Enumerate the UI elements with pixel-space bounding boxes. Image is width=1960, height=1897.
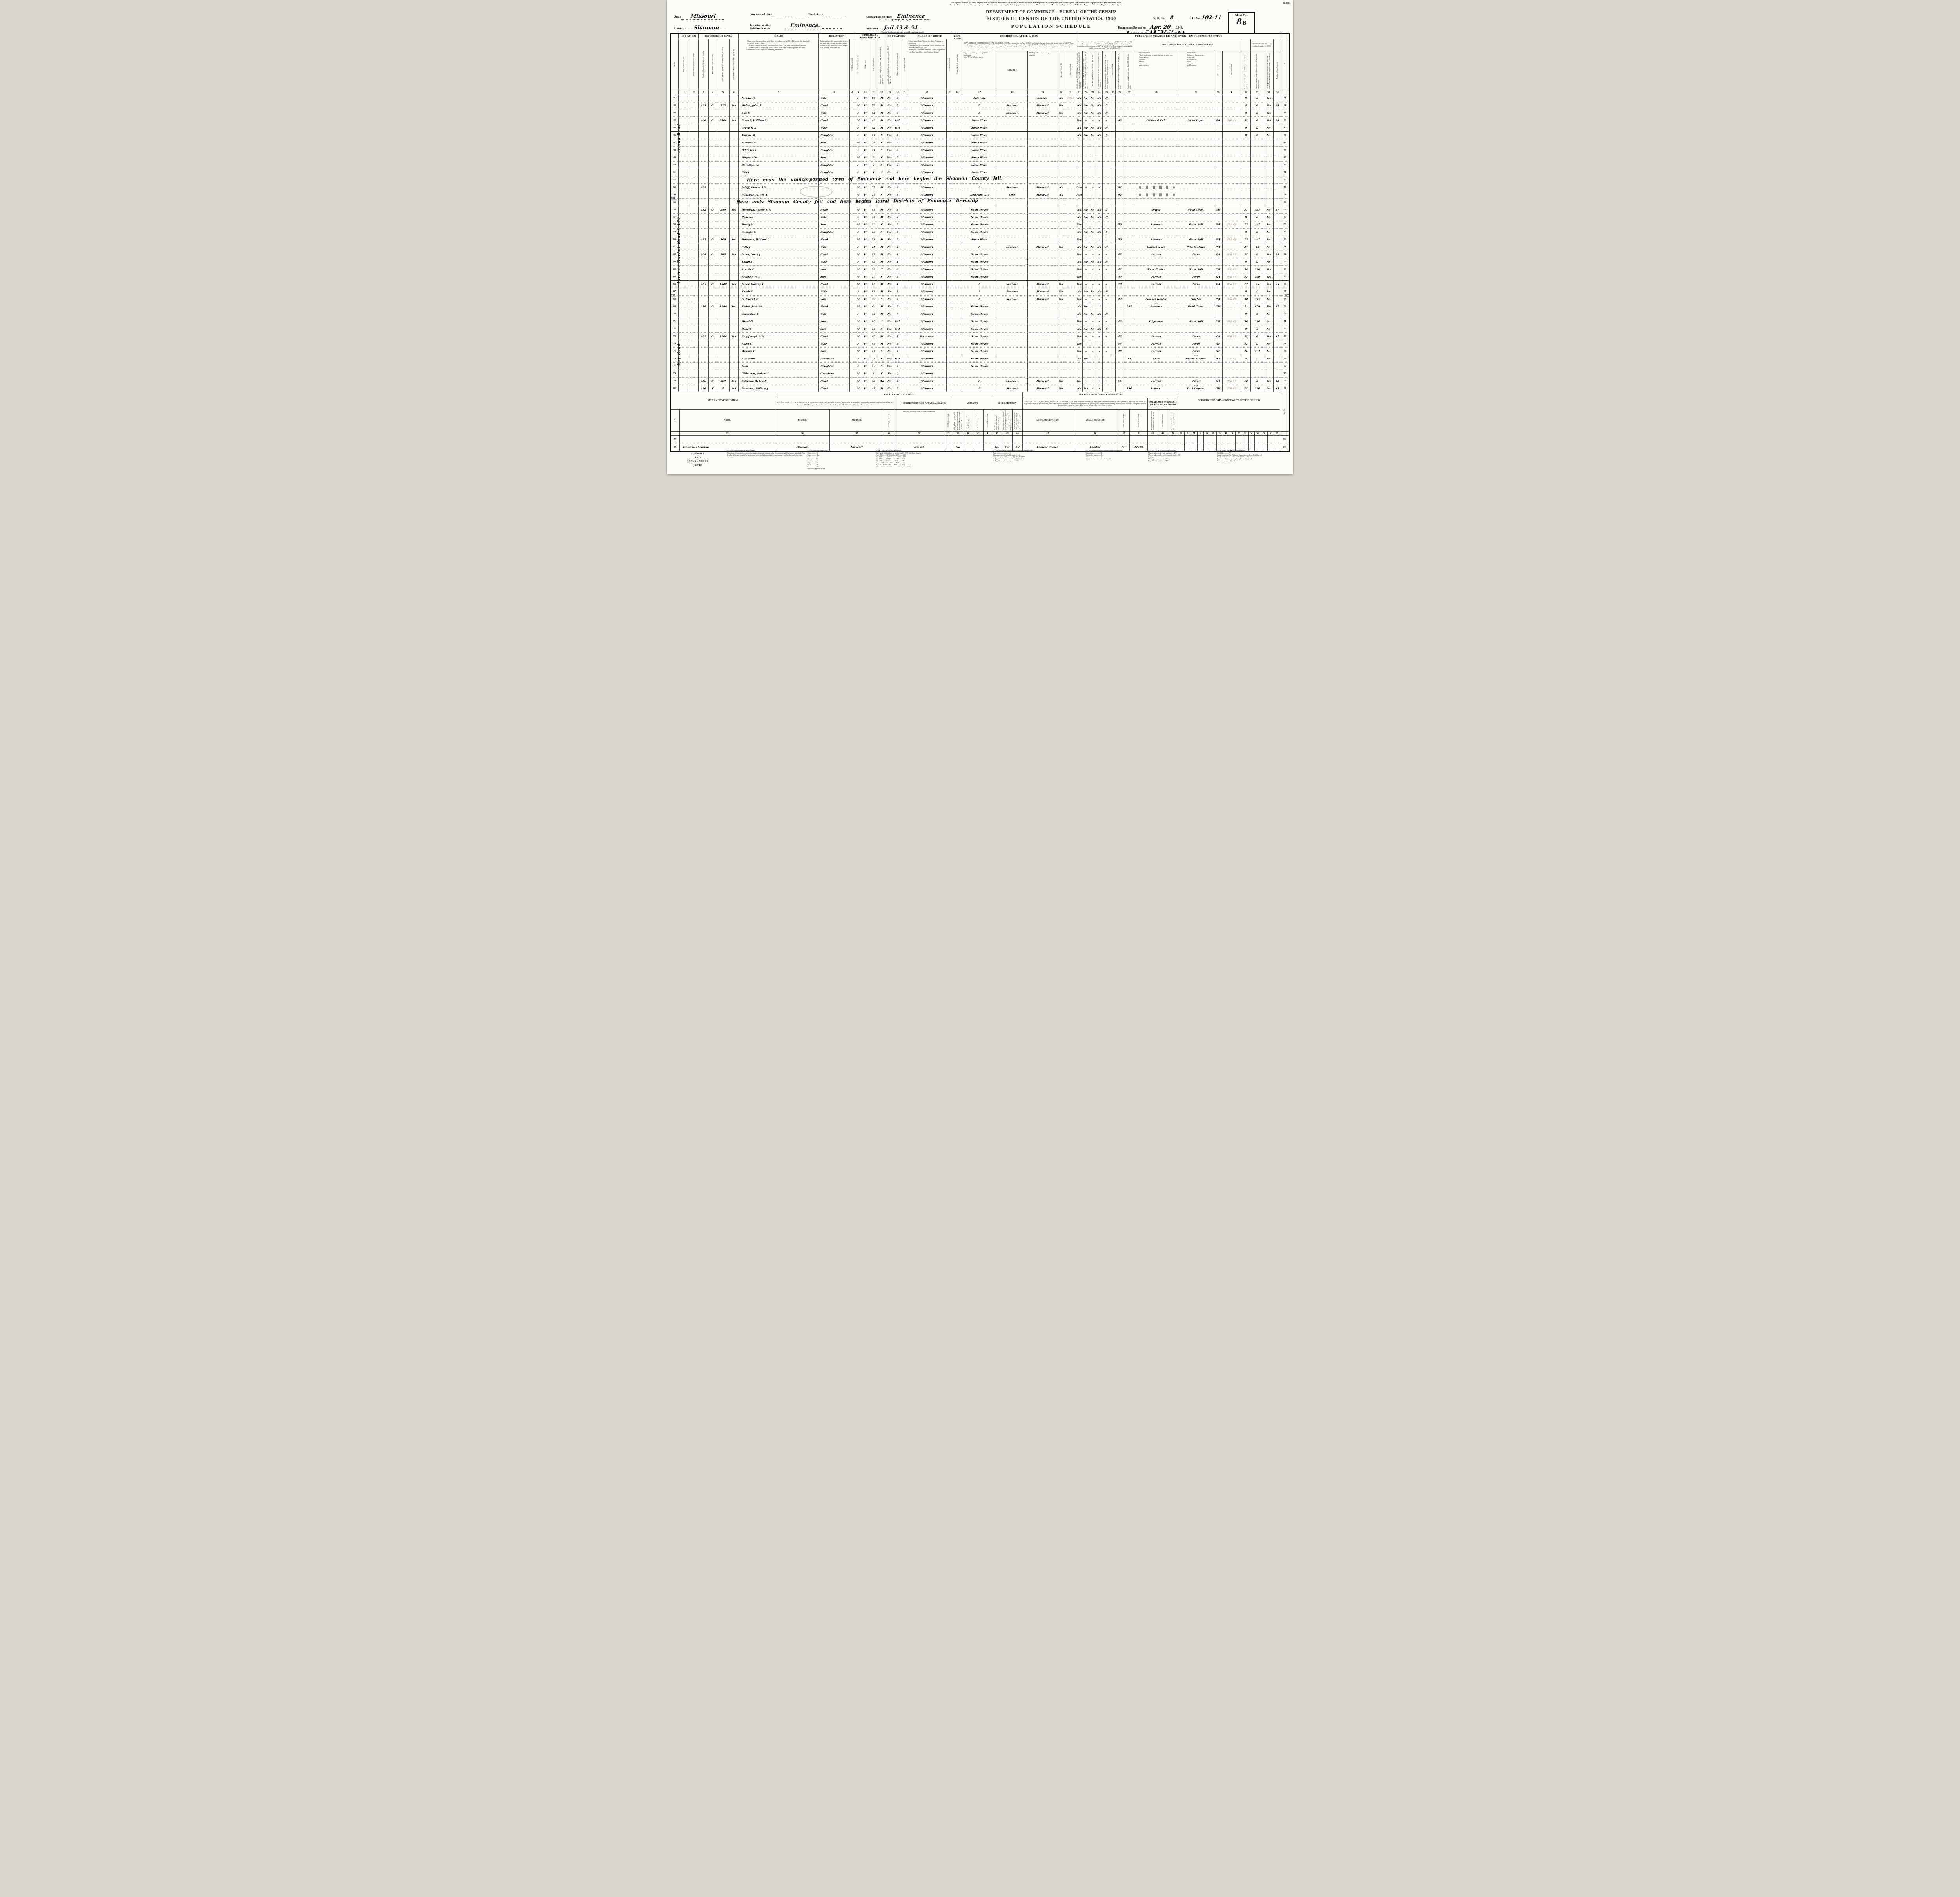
county-value: Shannon xyxy=(684,25,728,31)
cell-60-race: W xyxy=(862,236,869,243)
cell-56-c22: No xyxy=(1083,206,1089,214)
sup-column-number-21: K xyxy=(1178,432,1185,436)
cell-54-cF xyxy=(1223,191,1241,199)
cell-59-cF xyxy=(1223,229,1241,236)
sup-cell-55-Y xyxy=(1268,436,1274,443)
state-field: State Missouri xyxy=(674,13,725,20)
cell-64-c26: 42 xyxy=(1116,266,1124,273)
cell-65-c23: – xyxy=(1089,273,1096,281)
cell-76-grd: H-2 xyxy=(893,355,902,363)
cell-67-c22: No xyxy=(1083,288,1089,296)
cell-68-name: G. Thornton xyxy=(739,296,819,303)
cell-69-c22: Yes xyxy=(1083,303,1089,310)
cell-44-lineR: 44 xyxy=(1281,117,1289,124)
cell-62-val: 500 xyxy=(717,251,730,258)
cell-63-cB xyxy=(902,258,907,266)
cell-42-hno xyxy=(690,102,699,109)
main-header-cell-12: Age at last birthday xyxy=(869,39,878,90)
cell-62-name: Jones, Noah J. xyxy=(739,251,819,258)
cell-51-grd: 0 xyxy=(893,169,902,176)
cell-53-c34 xyxy=(1274,184,1281,191)
cell-58-c22: – xyxy=(1083,221,1089,229)
cell-41-c34 xyxy=(1274,94,1281,102)
cell-43-mar: M xyxy=(878,109,886,117)
cell-52-c24 xyxy=(1096,176,1103,184)
cell-72-own xyxy=(709,325,717,333)
cell-56-cty xyxy=(997,206,1028,214)
cell-65-c33: Yes xyxy=(1264,273,1274,281)
sup-header-cell-8: MOTHER TONGUE (OR NATIVE LANGUAGE) xyxy=(894,398,953,410)
cell-47-c34 xyxy=(1274,139,1281,147)
cell-42-c34: 35 xyxy=(1274,102,1281,109)
cell-47-age: 13 xyxy=(869,139,878,147)
cell-48-f35 xyxy=(1057,147,1065,154)
cell-76-city: Same House xyxy=(962,355,997,363)
cell-60-val: 100 xyxy=(717,236,730,243)
main-header-cell-23: STATE (or Territory or foreign country) xyxy=(1028,51,1057,90)
cell-61-occ: Housekeeper xyxy=(1134,243,1179,251)
cell-44-sch: No xyxy=(886,117,893,124)
cell-67-cit xyxy=(953,288,962,296)
cell-62-hno xyxy=(690,251,699,258)
sup-column-number-29: S xyxy=(1229,432,1236,436)
cell-70-c32: 0 xyxy=(1251,310,1264,318)
cell-41-name: Nannie P. xyxy=(739,94,819,102)
cell-72-ind xyxy=(1178,325,1214,333)
cell-54-age: 26 xyxy=(869,191,878,199)
cell-67-occ xyxy=(1134,288,1179,296)
cell-79-c22: – xyxy=(1083,378,1089,385)
cell-49-c24 xyxy=(1096,154,1103,162)
cell-54-sta: Missouri xyxy=(1028,191,1057,199)
archival-oval-stamp xyxy=(800,186,833,198)
column-group-11 xyxy=(1281,34,1289,39)
sup-cell-55-P xyxy=(1210,436,1216,443)
cell-74-f35 xyxy=(1057,340,1065,348)
cell-51-cls xyxy=(1214,169,1223,176)
cell-54-c33 xyxy=(1264,191,1274,199)
cell-65-city: Same House xyxy=(962,273,997,281)
cell-62-own: O xyxy=(709,251,717,258)
cell-42-mar: M xyxy=(878,102,886,109)
cell-74-c24: – xyxy=(1096,340,1103,348)
sup-header-cell-3: FOR PERSONS OF ALL AGES xyxy=(775,392,1023,398)
column-number-33: 28 xyxy=(1134,90,1179,94)
column-number-5: 5 xyxy=(717,90,730,94)
main-header-cell-20: IN WHAT PLACE DID THIS PERSON LIVE ON AP… xyxy=(962,39,1076,51)
cell-47-cC xyxy=(947,139,953,147)
column-number-23: 20 xyxy=(1057,90,1065,94)
cell-64-ind: Stave Mill xyxy=(1178,266,1214,273)
cell-42-lineR: 42 xyxy=(1281,102,1289,109)
cell-67-sta: Missouri xyxy=(1028,288,1057,296)
cell-45-cty xyxy=(997,124,1028,132)
cell-51-c31 xyxy=(1241,169,1251,176)
cell-77-cA xyxy=(850,363,855,370)
cell-78-c21 xyxy=(1076,370,1083,378)
cell-70-race: W xyxy=(862,310,869,318)
cell-61-f35: Yes xyxy=(1057,243,1065,251)
cell-73-sch: No xyxy=(886,333,893,340)
cell-46-lineR: 46 xyxy=(1281,132,1289,139)
cell-51-farm xyxy=(730,169,739,176)
cell-68-city: R xyxy=(962,296,997,303)
cell-76-age: 16 xyxy=(869,355,878,363)
cell-74-age: 50 xyxy=(869,340,878,348)
cell-60-cB xyxy=(902,236,907,243)
column-group-2: HOUSEHOLD DATA xyxy=(699,34,739,39)
sup-column-number-13: 44 xyxy=(1013,432,1023,436)
cell-79-own: O xyxy=(709,378,717,385)
cell-57-cC xyxy=(947,214,953,221)
column-number-34: 29 xyxy=(1178,90,1214,94)
cell-77-pob: Missouri xyxy=(907,363,947,370)
cell-55-hno xyxy=(690,199,699,206)
cell-59-occ xyxy=(1134,229,1179,236)
cell-43-val xyxy=(717,109,730,117)
cell-73-cE xyxy=(1111,333,1116,340)
column-number-22: 19 xyxy=(1028,90,1057,94)
sd-field: S. D. No. 8 xyxy=(1153,15,1178,21)
cell-49-cE xyxy=(1111,154,1116,162)
sheet-letter: B xyxy=(1243,20,1246,26)
cell-46-pob: Missouri xyxy=(907,132,947,139)
cell-65-age: 27 xyxy=(869,273,878,281)
cell-57-pob: Missouri xyxy=(907,214,947,221)
cell-52-st xyxy=(679,176,690,184)
cell-47-c27 xyxy=(1124,139,1134,147)
cell-72-sch: Yes xyxy=(886,325,893,333)
main-header-cell-28: If not, was he at work on, or assigned t… xyxy=(1083,51,1089,90)
note-col5: Col. 5. VALUE OF HOME, IF OWNED: Where o… xyxy=(727,450,806,473)
cell-61-farm xyxy=(730,243,739,251)
cell-68-cit xyxy=(953,296,962,303)
cell-46-race: W xyxy=(862,132,869,139)
cell-76-c25 xyxy=(1103,355,1111,363)
cell-73-lineR: 73 xyxy=(1281,333,1289,340)
cell-77-cE xyxy=(1111,363,1116,370)
cell-79-cC xyxy=(947,378,953,385)
cell-43-c21: No xyxy=(1076,109,1083,117)
cell-47-val xyxy=(717,139,730,147)
cell-77-c22 xyxy=(1083,363,1089,370)
cell-75-c21: Yes xyxy=(1076,348,1083,355)
cell-70-c27 xyxy=(1124,310,1134,318)
cell-77-cD xyxy=(1065,363,1076,370)
cell-60-occ: Laborer xyxy=(1134,236,1179,243)
cell-53-c27 xyxy=(1124,184,1134,191)
cell-69-hh: 186 xyxy=(699,303,709,310)
cell-66-c34: 39 xyxy=(1274,281,1281,288)
cell-41-pob: Missouri xyxy=(907,94,947,102)
cell-42-val: 775 xyxy=(717,102,730,109)
sup-cell-55-lineL: 55 xyxy=(671,436,680,443)
cell-65-hh xyxy=(699,273,709,281)
cell-62-c25: – xyxy=(1103,251,1111,258)
cell-51-c26 xyxy=(1116,169,1124,176)
sup-column-number-24: N xyxy=(1198,432,1204,436)
cell-78-cls xyxy=(1214,370,1223,378)
cell-73-c26: 48 xyxy=(1116,333,1124,340)
cell-58-c26: 30 xyxy=(1116,221,1124,229)
cell-57-cD xyxy=(1065,214,1076,221)
cell-56-c24: No xyxy=(1096,206,1103,214)
cell-70-cty xyxy=(997,310,1028,318)
cell-58-mar: S xyxy=(878,221,886,229)
main-header-cell-34: Duration of unemployment up to March 30,… xyxy=(1124,51,1134,90)
cell-48-age: 11 xyxy=(869,147,878,154)
sup-column-number-4: G xyxy=(884,432,894,436)
cell-77-rel: Daughter xyxy=(819,363,850,370)
cell-48-c25 xyxy=(1103,147,1111,154)
cell-46-age: 14 xyxy=(869,132,878,139)
sup-column-number-10: I xyxy=(984,432,992,436)
cell-65-name: Franklin W X xyxy=(739,273,819,281)
cell-60-f35 xyxy=(1057,236,1065,243)
cell-51-cD xyxy=(1065,169,1076,176)
cell-48-hh xyxy=(699,147,709,154)
cell-78-hno xyxy=(690,370,699,378)
cell-59-hno xyxy=(690,229,699,236)
cell-46-c23: No xyxy=(1089,132,1096,139)
cell-62-c21: Yes xyxy=(1076,251,1083,258)
cell-79-cA xyxy=(850,378,855,385)
cell-50-hno xyxy=(690,162,699,169)
cell-77-sta xyxy=(1028,363,1057,370)
cell-71-c33: No xyxy=(1264,318,1274,325)
cell-62-sex: M xyxy=(855,251,862,258)
cell-48-c32 xyxy=(1251,147,1264,154)
cell-48-name: Billie Jean xyxy=(739,147,819,154)
cell-69-val: 1000 xyxy=(717,303,730,310)
cell-60-cit xyxy=(953,236,962,243)
cell-79-c26: 56 xyxy=(1116,378,1124,385)
cell-52-val xyxy=(717,176,730,184)
cell-64-val xyxy=(717,266,730,273)
cell-70-rel: Wife xyxy=(819,310,850,318)
cell-59-c33: No xyxy=(1264,229,1274,236)
cell-48-c33 xyxy=(1264,147,1274,154)
cell-43-cC xyxy=(947,109,953,117)
cell-52-c23 xyxy=(1089,176,1096,184)
street-name-friend-road: Friend Road xyxy=(677,101,687,176)
sup-cell-55-I xyxy=(984,436,992,443)
cell-56-cls: GW xyxy=(1214,206,1223,214)
cell-64-farm xyxy=(730,266,739,273)
cell-60-c32: 147 xyxy=(1251,236,1264,243)
cell-60-cD xyxy=(1065,236,1076,243)
cell-70-c25: H xyxy=(1103,310,1111,318)
cell-76-name: Alta Ruth xyxy=(739,355,819,363)
cell-69-c31: 52 xyxy=(1241,303,1251,310)
cell-77-c24 xyxy=(1096,363,1103,370)
cell-74-sex: F xyxy=(855,340,862,348)
cell-62-cA xyxy=(850,251,855,258)
cell-61-cty: Shannon xyxy=(997,243,1028,251)
cell-42-c33: Yes xyxy=(1264,102,1274,109)
cell-70-c22: No xyxy=(1083,310,1089,318)
cell-42-c32: 0 xyxy=(1251,102,1264,109)
cell-54-farm xyxy=(730,191,739,199)
cell-59-city: Same House xyxy=(962,229,997,236)
cell-78-c34 xyxy=(1274,370,1281,378)
cell-48-farm xyxy=(730,147,739,154)
cell-67-hh xyxy=(699,288,709,296)
cell-44-farm: Yes xyxy=(730,117,739,124)
cell-58-c32: 147 xyxy=(1251,221,1264,229)
cell-57-cty xyxy=(997,214,1028,221)
cell-50-name: Dorothy Ann xyxy=(739,162,819,169)
cell-61-c32: 48 xyxy=(1251,243,1264,251)
cell-57-grd: 6 xyxy=(893,214,902,221)
cell-66-pob: Missouri xyxy=(907,281,947,288)
cell-44-cD xyxy=(1065,117,1076,124)
cell-68-cB xyxy=(902,296,907,303)
cell-75-rel: Son xyxy=(819,348,850,355)
cell-74-lineR: 74 xyxy=(1281,340,1289,348)
cell-78-mar: S xyxy=(878,370,886,378)
cell-60-c26: 30 xyxy=(1116,236,1124,243)
cell-70-c24: No xyxy=(1096,310,1103,318)
cell-63-c31: 0 xyxy=(1241,258,1251,266)
cell-65-rel: Son xyxy=(819,273,850,281)
sup-cell-55-v41 xyxy=(973,436,984,443)
cell-70-f35 xyxy=(1057,310,1065,318)
cell-67-c32: 0 xyxy=(1251,288,1264,296)
cell-75-c25: – xyxy=(1103,348,1111,355)
cell-49-pob: Missouri xyxy=(907,154,947,162)
cell-45-cE xyxy=(1111,124,1116,132)
cell-76-cE xyxy=(1111,355,1116,363)
cell-53-st xyxy=(679,184,690,191)
cell-54-c32 xyxy=(1251,191,1264,199)
cell-78-cty xyxy=(997,370,1028,378)
cell-48-occ xyxy=(1134,147,1179,154)
cell-50-c21 xyxy=(1076,162,1083,169)
column-number-3: 3 xyxy=(699,90,709,94)
cell-68-grd: 5 xyxy=(893,296,902,303)
cell-48-c22 xyxy=(1083,147,1089,154)
cell-53-sch: No xyxy=(886,184,893,191)
cell-55-c24 xyxy=(1096,199,1103,206)
main-header-cell-11: Color or race xyxy=(862,39,869,90)
cell-67-c23: No xyxy=(1089,288,1096,296)
cell-54-cls xyxy=(1214,191,1223,199)
cell-44-cty xyxy=(997,117,1028,124)
cell-79-c34: 42 xyxy=(1274,378,1281,385)
cell-55-cls xyxy=(1214,199,1223,206)
cell-75-cls: NP xyxy=(1214,348,1223,355)
cell-54-sex: M xyxy=(855,191,862,199)
cell-69-name: Smith, Jack Ab. xyxy=(739,303,819,310)
cell-65-f35 xyxy=(1057,273,1065,281)
cell-54-cty: Cole xyxy=(997,191,1028,199)
cell-41-c24: No xyxy=(1096,94,1103,102)
cell-49-cD xyxy=(1065,154,1076,162)
sup-header-cell-7: CODE (Leave blank) xyxy=(884,410,894,432)
sup-column-number-18: 48 xyxy=(1148,432,1158,436)
cell-43-sch: No xyxy=(886,109,893,117)
cell-44-cE xyxy=(1111,117,1116,124)
cell-42-cC xyxy=(947,102,953,109)
cell-60-c27 xyxy=(1124,236,1134,243)
cell-61-city: R xyxy=(962,243,997,251)
cell-50-cls xyxy=(1214,162,1223,169)
cell-69-cE xyxy=(1111,303,1116,310)
cell-68-c31: 30 xyxy=(1241,296,1251,303)
cell-66-grd: 4 xyxy=(893,281,902,288)
cell-47-cD xyxy=(1065,139,1076,147)
cell-74-c32: 0 xyxy=(1251,340,1264,348)
cell-75-sta xyxy=(1028,348,1057,355)
cell-66-mar: M xyxy=(878,281,886,288)
sup-cell-55-Z xyxy=(1274,436,1280,443)
cell-76-mar: S xyxy=(878,355,886,363)
cell-65-pob: Missouri xyxy=(907,273,947,281)
cell-50-cty xyxy=(997,162,1028,169)
cell-44-own: O xyxy=(709,117,717,124)
cell-48-cD xyxy=(1065,147,1076,154)
column-number-37: 31 xyxy=(1241,90,1251,94)
cell-51-name: Edith xyxy=(739,169,819,176)
cell-51-cE xyxy=(1111,169,1116,176)
cell-62-c32: 0 xyxy=(1251,251,1264,258)
cell-41-age: 80 xyxy=(869,94,878,102)
cell-60-cA xyxy=(850,236,855,243)
cell-62-age: 67 xyxy=(869,251,878,258)
cell-64-cE xyxy=(1111,266,1116,273)
sup-cell-55-T xyxy=(1236,436,1242,443)
cell-46-cty xyxy=(997,132,1028,139)
cell-57-c27 xyxy=(1124,214,1134,221)
cell-58-c27 xyxy=(1124,221,1134,229)
main-header-cell-35: OCCUPATION, INDUSTRY, AND CLASS OF WORKE… xyxy=(1134,39,1241,51)
cell-69-lineR: 69 xyxy=(1281,303,1289,310)
cell-41-cty xyxy=(997,94,1028,102)
cell-74-hh xyxy=(699,340,709,348)
cell-73-city: Same House xyxy=(962,333,997,340)
cell-71-hno xyxy=(690,318,699,325)
cell-79-c27 xyxy=(1124,378,1134,385)
supplementary-questions-table: SUPPLEMENTARY QUESTIONSLine No.NAMEFOR P… xyxy=(670,392,1290,452)
sup-column-number-11: 42 xyxy=(992,432,1002,436)
main-header-cell-8: Relationship of this person to the head … xyxy=(819,39,850,90)
cell-45-cB xyxy=(902,124,907,132)
column-number-21: 18 xyxy=(997,90,1028,94)
sup-header-cell-19: If so, were deductions made from (1) all… xyxy=(1013,410,1023,432)
cell-52-f35 xyxy=(1057,176,1065,184)
cell-66-sta: Missouri xyxy=(1028,281,1057,288)
cell-50-lineR: 50 xyxy=(1281,162,1289,169)
cell-49-cB xyxy=(902,154,907,162)
cell-58-name: Henry N. xyxy=(739,221,819,229)
cell-59-cit xyxy=(953,229,962,236)
cell-49-hno xyxy=(690,154,699,162)
cell-55-c22 xyxy=(1083,199,1089,206)
cell-73-own: O xyxy=(709,333,717,340)
cell-43-cls xyxy=(1214,109,1223,117)
main-header-cell-46: Number of Farm Schedule xyxy=(1274,51,1281,90)
sup-header-cell-13: If child, is veteran-father dead? (Yes o… xyxy=(963,410,973,432)
cell-47-rel: Son xyxy=(819,139,850,147)
column-group-4: RELATION xyxy=(819,34,855,39)
cell-62-c24: – xyxy=(1096,251,1103,258)
cell-70-c34 xyxy=(1274,310,1281,318)
cell-54-st xyxy=(679,191,690,199)
cell-59-c31: 0 xyxy=(1241,229,1251,236)
cell-55-hh xyxy=(699,199,709,206)
cell-51-sch: No xyxy=(886,169,893,176)
